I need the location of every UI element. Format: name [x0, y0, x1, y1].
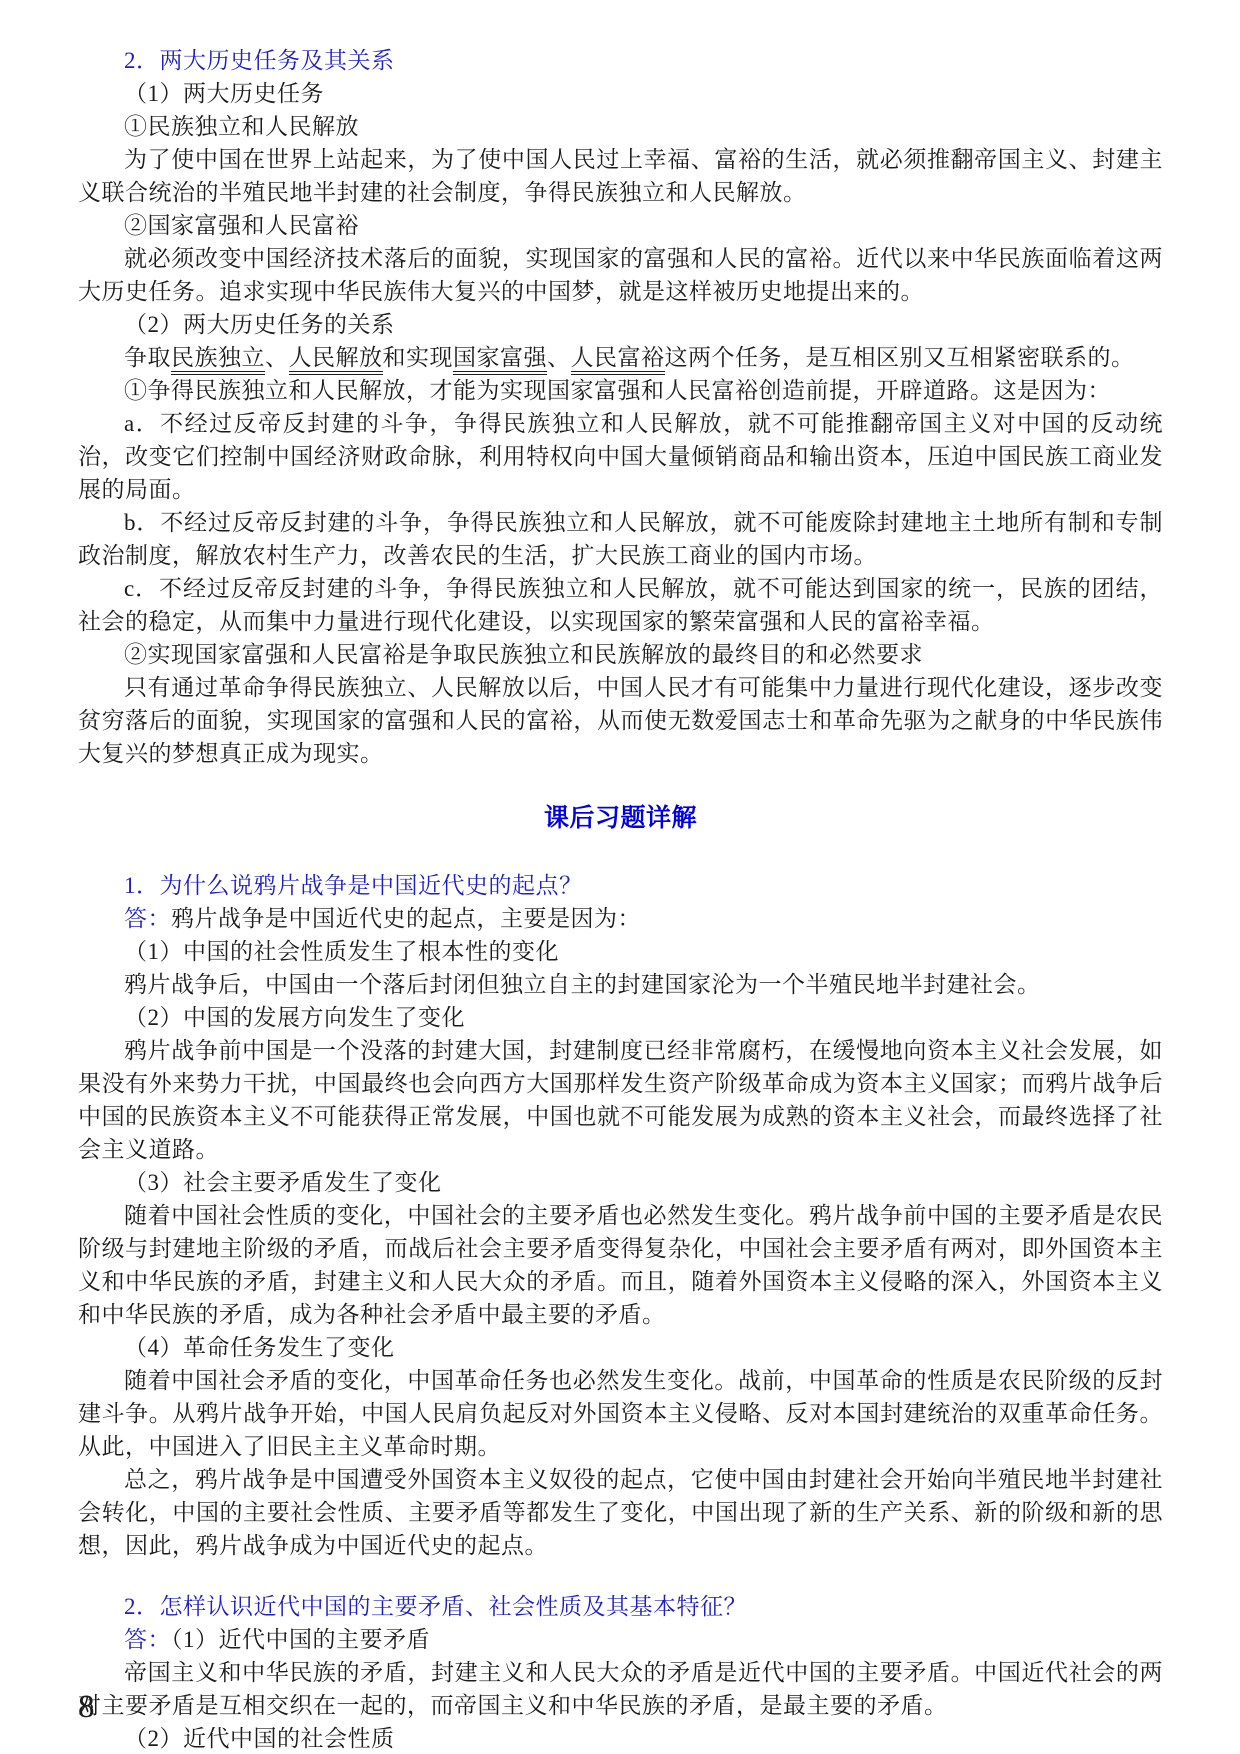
text-run: 鸦片战争前中国是一个没落的封建大国，封建制度已经非常腐朽，在缓慢地向资本主义社会…	[78, 1038, 1163, 1162]
question-heading: 1．为什么说鸦片战争是中国近代史的起点？	[78, 869, 1163, 902]
paragraph: （1）两大历史任务	[78, 77, 1163, 110]
text-run: 鸦片战争是中国近代史的起点，主要是因为：	[171, 906, 641, 931]
text-run: 随着中国社会矛盾的变化，中国革命任务也必然发生变化。战前，中国革命的性质是农民阶…	[78, 1368, 1163, 1459]
question-heading: 2．怎样认识近代中国的主要矛盾、社会性质及其基本特征？	[78, 1590, 1163, 1623]
paragraph: a．不经过反帝反封建的斗争，争得民族独立和人民解放，就不可能推翻帝国主义对中国的…	[78, 407, 1163, 506]
text-run: 只有通过革命争得民族独立、人民解放以后，中国人民才有可能集中力量进行现代化建设，…	[78, 675, 1163, 766]
text-run: （2）中国的发展方向发生了变化	[124, 1005, 465, 1030]
text-run: a．不经过反帝反封建的斗争，争得民族独立和人民解放，就不可能推翻帝国主义对中国的…	[78, 411, 1163, 502]
paragraph: b．不经过反帝反封建的斗争，争得民族独立和人民解放，就不可能废除封建地主土地所有…	[78, 506, 1163, 572]
paragraph: 答：（1）近代中国的主要矛盾	[78, 1623, 1163, 1656]
text-run: （3）社会主要矛盾发生了变化	[124, 1170, 442, 1195]
document-body: 2．两大历史任务及其关系（1）两大历史任务①民族独立和人民解放为了使中国在世界上…	[78, 44, 1163, 1754]
paragraph: ②国家富强和人民富裕	[78, 209, 1163, 242]
paragraph: 为了使中国在世界上站起来，为了使中国人民过上幸福、富裕的生活，就必须推翻帝国主义…	[78, 143, 1163, 209]
page: 2．两大历史任务及其关系（1）两大历史任务①民族独立和人民解放为了使中国在世界上…	[0, 0, 1240, 1754]
paragraph: ①争得民族独立和人民解放，才能为实现国家富强和人民富裕创造前提，开辟道路。这是因…	[78, 374, 1163, 407]
text-run: 帝国主义和中华民族的矛盾，封建主义和人民大众的矛盾是近代中国的主要矛盾。中国近代…	[78, 1660, 1163, 1718]
paragraph: c．不经过反帝反封建的斗争，争得民族独立和人民解放，就不可能达到国家的统一，民族…	[78, 572, 1163, 638]
paragraph: 总之，鸦片战争是中国遭受外国资本主义奴役的起点，它使中国由封建社会开始向半殖民地…	[78, 1463, 1163, 1562]
underlined-term: 民族独立	[171, 345, 265, 375]
answer-label: 答：	[124, 906, 171, 931]
text-run: 争取	[124, 345, 171, 370]
paragraph: ②实现国家富强和人民富裕是争取民族独立和民族解放的最终目的和必然要求	[78, 638, 1163, 671]
text-run: 总之，鸦片战争是中国遭受外国资本主义奴役的起点，它使中国由封建社会开始向半殖民地…	[78, 1467, 1163, 1558]
paragraph: （1）中国的社会性质发生了根本性的变化	[78, 935, 1163, 968]
paragraph: 随着中国社会性质的变化，中国社会的主要矛盾也必然发生变化。鸦片战争前中国的主要矛…	[78, 1199, 1163, 1331]
text-run: （2）近代中国的社会性质	[124, 1726, 395, 1751]
paragraph: （2）近代中国的社会性质	[78, 1722, 1163, 1754]
text-run: 鸦片战争后，中国由一个落后封闭但独立自主的封建国家沦为一个半殖民地半封建社会。	[124, 972, 1041, 997]
paragraph: （3）社会主要矛盾发生了变化	[78, 1166, 1163, 1199]
paragraph: 答：鸦片战争是中国近代史的起点，主要是因为：	[78, 902, 1163, 935]
paragraph: （2）中国的发展方向发生了变化	[78, 1001, 1163, 1034]
text-run: （2）两大历史任务的关系	[124, 312, 395, 337]
text-run: 、	[547, 345, 571, 370]
section-heading: 课后习题详解	[78, 802, 1163, 835]
paragraph: 随着中国社会矛盾的变化，中国革命任务也必然发生变化。战前，中国革命的性质是农民阶…	[78, 1364, 1163, 1463]
text-run: （1）近代中国的主要矛盾	[171, 1627, 430, 1652]
paragraph: 帝国主义和中华民族的矛盾，封建主义和人民大众的矛盾是近代中国的主要矛盾。中国近代…	[78, 1656, 1163, 1722]
underlined-term: 国家富强	[453, 345, 547, 375]
text-run: 课后习题详解	[544, 804, 697, 832]
question-heading: 2．两大历史任务及其关系	[78, 44, 1163, 77]
text-run: 为了使中国在世界上站起来，为了使中国人民过上幸福、富裕的生活，就必须推翻帝国主义…	[78, 147, 1163, 205]
paragraph: 鸦片战争后，中国由一个落后封闭但独立自主的封建国家沦为一个半殖民地半封建社会。	[78, 968, 1163, 1001]
answer-label: 答：	[124, 1627, 171, 1652]
paragraph: ①民族独立和人民解放	[78, 110, 1163, 143]
paragraph: （2）两大历史任务的关系	[78, 308, 1163, 341]
text-run: 1．为什么说鸦片战争是中国近代史的起点？	[124, 873, 583, 898]
text-run: （1）两大历史任务	[124, 81, 324, 106]
paragraph: 只有通过革命争得民族独立、人民解放以后，中国人民才有可能集中力量进行现代化建设，…	[78, 671, 1163, 770]
text-run: ②实现国家富强和人民富裕是争取民族独立和民族解放的最终目的和必然要求	[124, 642, 923, 667]
text-run: 和实现	[383, 345, 454, 370]
text-run: 就必须改变中国经济技术落后的面貌，实现国家的富强和人民的富裕。近代以来中华民族面…	[78, 246, 1163, 304]
paragraph: 鸦片战争前中国是一个没落的封建大国，封建制度已经非常腐朽，在缓慢地向资本主义社会…	[78, 1034, 1163, 1166]
paragraph: （4）革命任务发生了变化	[78, 1331, 1163, 1364]
page-number: 8	[78, 1689, 95, 1726]
paragraph: 就必须改变中国经济技术落后的面貌，实现国家的富强和人民的富裕。近代以来中华民族面…	[78, 242, 1163, 308]
text-run: b．不经过反帝反封建的斗争，争得民族独立和人民解放，就不可能废除封建地主土地所有…	[78, 510, 1163, 568]
text-run: 2．两大历史任务及其关系	[124, 48, 395, 73]
underlined-term: 人民富裕	[571, 345, 665, 375]
text-run: ②国家富强和人民富裕	[124, 213, 359, 238]
text-run: ①民族独立和人民解放	[124, 114, 359, 139]
text-run: 随着中国社会性质的变化，中国社会的主要矛盾也必然发生变化。鸦片战争前中国的主要矛…	[78, 1203, 1163, 1327]
text-run: 2．怎样认识近代中国的主要矛盾、社会性质及其基本特征？	[124, 1594, 747, 1619]
text-run: ①争得民族独立和人民解放，才能为实现国家富强和人民富裕创造前提，开辟道路。这是因…	[124, 378, 1111, 403]
text-run: c．不经过反帝反封建的斗争，争得民族独立和人民解放，就不可能达到国家的统一，民族…	[78, 576, 1163, 634]
text-run: 这两个任务，是互相区别又互相紧密联系的。	[665, 345, 1135, 370]
text-run: （1）中国的社会性质发生了根本性的变化	[124, 939, 559, 964]
text-run: 、	[265, 345, 289, 370]
underlined-term: 人民解放	[289, 345, 383, 375]
text-run: （4）革命任务发生了变化	[124, 1335, 395, 1360]
paragraph: 争取民族独立、人民解放和实现国家富强、人民富裕这两个任务，是互相区别又互相紧密联…	[78, 341, 1163, 374]
